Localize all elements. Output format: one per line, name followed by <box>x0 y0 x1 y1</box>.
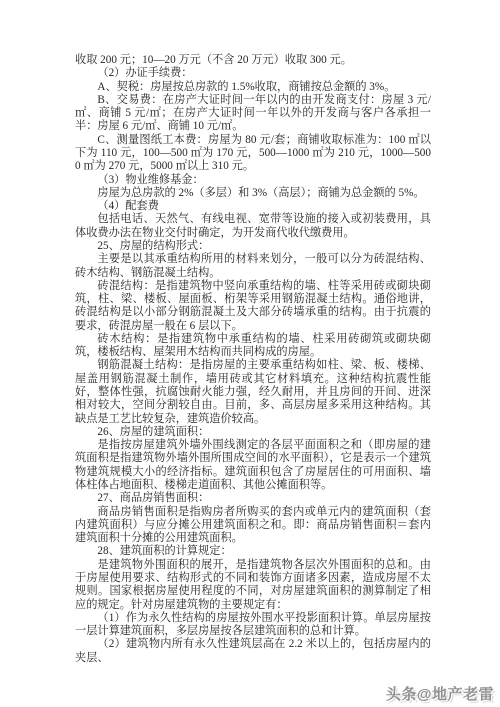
paragraph: 28、建筑面积的计算规定： <box>75 545 431 558</box>
paragraph: 主要是以其承重结构所用的材料来划分，一般可以分为砖混结构、砖木结构、钢筋混凝土结… <box>75 253 431 280</box>
paragraph: 包括电话、天然气、有线电视、宽带等设施的接入或初装费用，具体收费办法在物业交付时… <box>75 213 431 240</box>
paragraph: （2）建筑物内所有永久性建筑层高在 2.2 米以上的，包括房屋内的夹层、 <box>75 638 431 665</box>
paragraph: 砖混结构：是指建筑物中竖向承重结构的墙、柱等采用砖或砌块砌筑，柱、梁、楼板、屋面… <box>75 280 431 333</box>
paragraph: 27、商品房销售面积： <box>75 492 431 505</box>
paragraph: C、测量图纸工本费：房屋为 80 元/套；商铺收取标准为：100 ㎡以下为 11… <box>75 134 431 174</box>
paragraph: （2）办证手续费： <box>75 67 431 80</box>
paragraph: 房屋为总房款的 2%（多层）和 3%（高层）；商铺为总金额的 5%。 <box>75 187 431 200</box>
paragraph: （1）作为永久性结构的房屋按外围水平投影面积计算。单层房屋按一层计算建筑面积，多… <box>75 612 431 639</box>
paragraph: （4）配套费 <box>75 200 431 213</box>
paragraph: 钢筋混凝土结构：是指房屋的主要承重结构如柱、梁、板、楼梯、屋盖用钢筋混凝土制作，… <box>75 359 431 425</box>
paragraph: 砖木结构：是指建筑物中承重结构的墙、柱采用砖砌筑或砌块砌筑，楼板结构、屋架用木结… <box>75 333 431 360</box>
paragraph: 26、房屋的建筑面积： <box>75 426 431 439</box>
toutiao-watermark: 头条@地产老雷 <box>386 683 494 704</box>
paragraph: 是指按房屋建筑外墙外围线测定的各层平面面积之和（即房屋的建筑面积是指建筑物外墙外… <box>75 439 431 492</box>
document-body: 收取 200 元；10—20 万元（不含 20 万元）收取 300 元。（2）办… <box>75 54 431 665</box>
paragraph: 收取 200 元；10—20 万元（不含 20 万元）收取 300 元。 <box>75 54 431 67</box>
paragraph: 商品房销售面积是指购房者所购买的套内或单元内的建筑面积（套内建筑面积）与应分摊公… <box>75 506 431 546</box>
paragraph: （3）物业维修基金： <box>75 174 431 187</box>
paragraph: 是建筑物外围面积的展开，是指建筑物各层次外围面积的总和。由于房屋使用要求、结构形… <box>75 559 431 612</box>
document-page: 收取 200 元；10—20 万元（不含 20 万元）收取 300 元。（2）办… <box>0 0 500 707</box>
paragraph: B、交易费：在房产大证时间一年以内的由开发商支付：房屋 3 元/㎡、商铺 5 元… <box>75 94 431 134</box>
paragraph: A、契税：房屋按总房款的 1.5%收取，商铺按总金额的 3%。 <box>75 81 431 94</box>
paragraph: 25、房屋的结构形式： <box>75 240 431 253</box>
